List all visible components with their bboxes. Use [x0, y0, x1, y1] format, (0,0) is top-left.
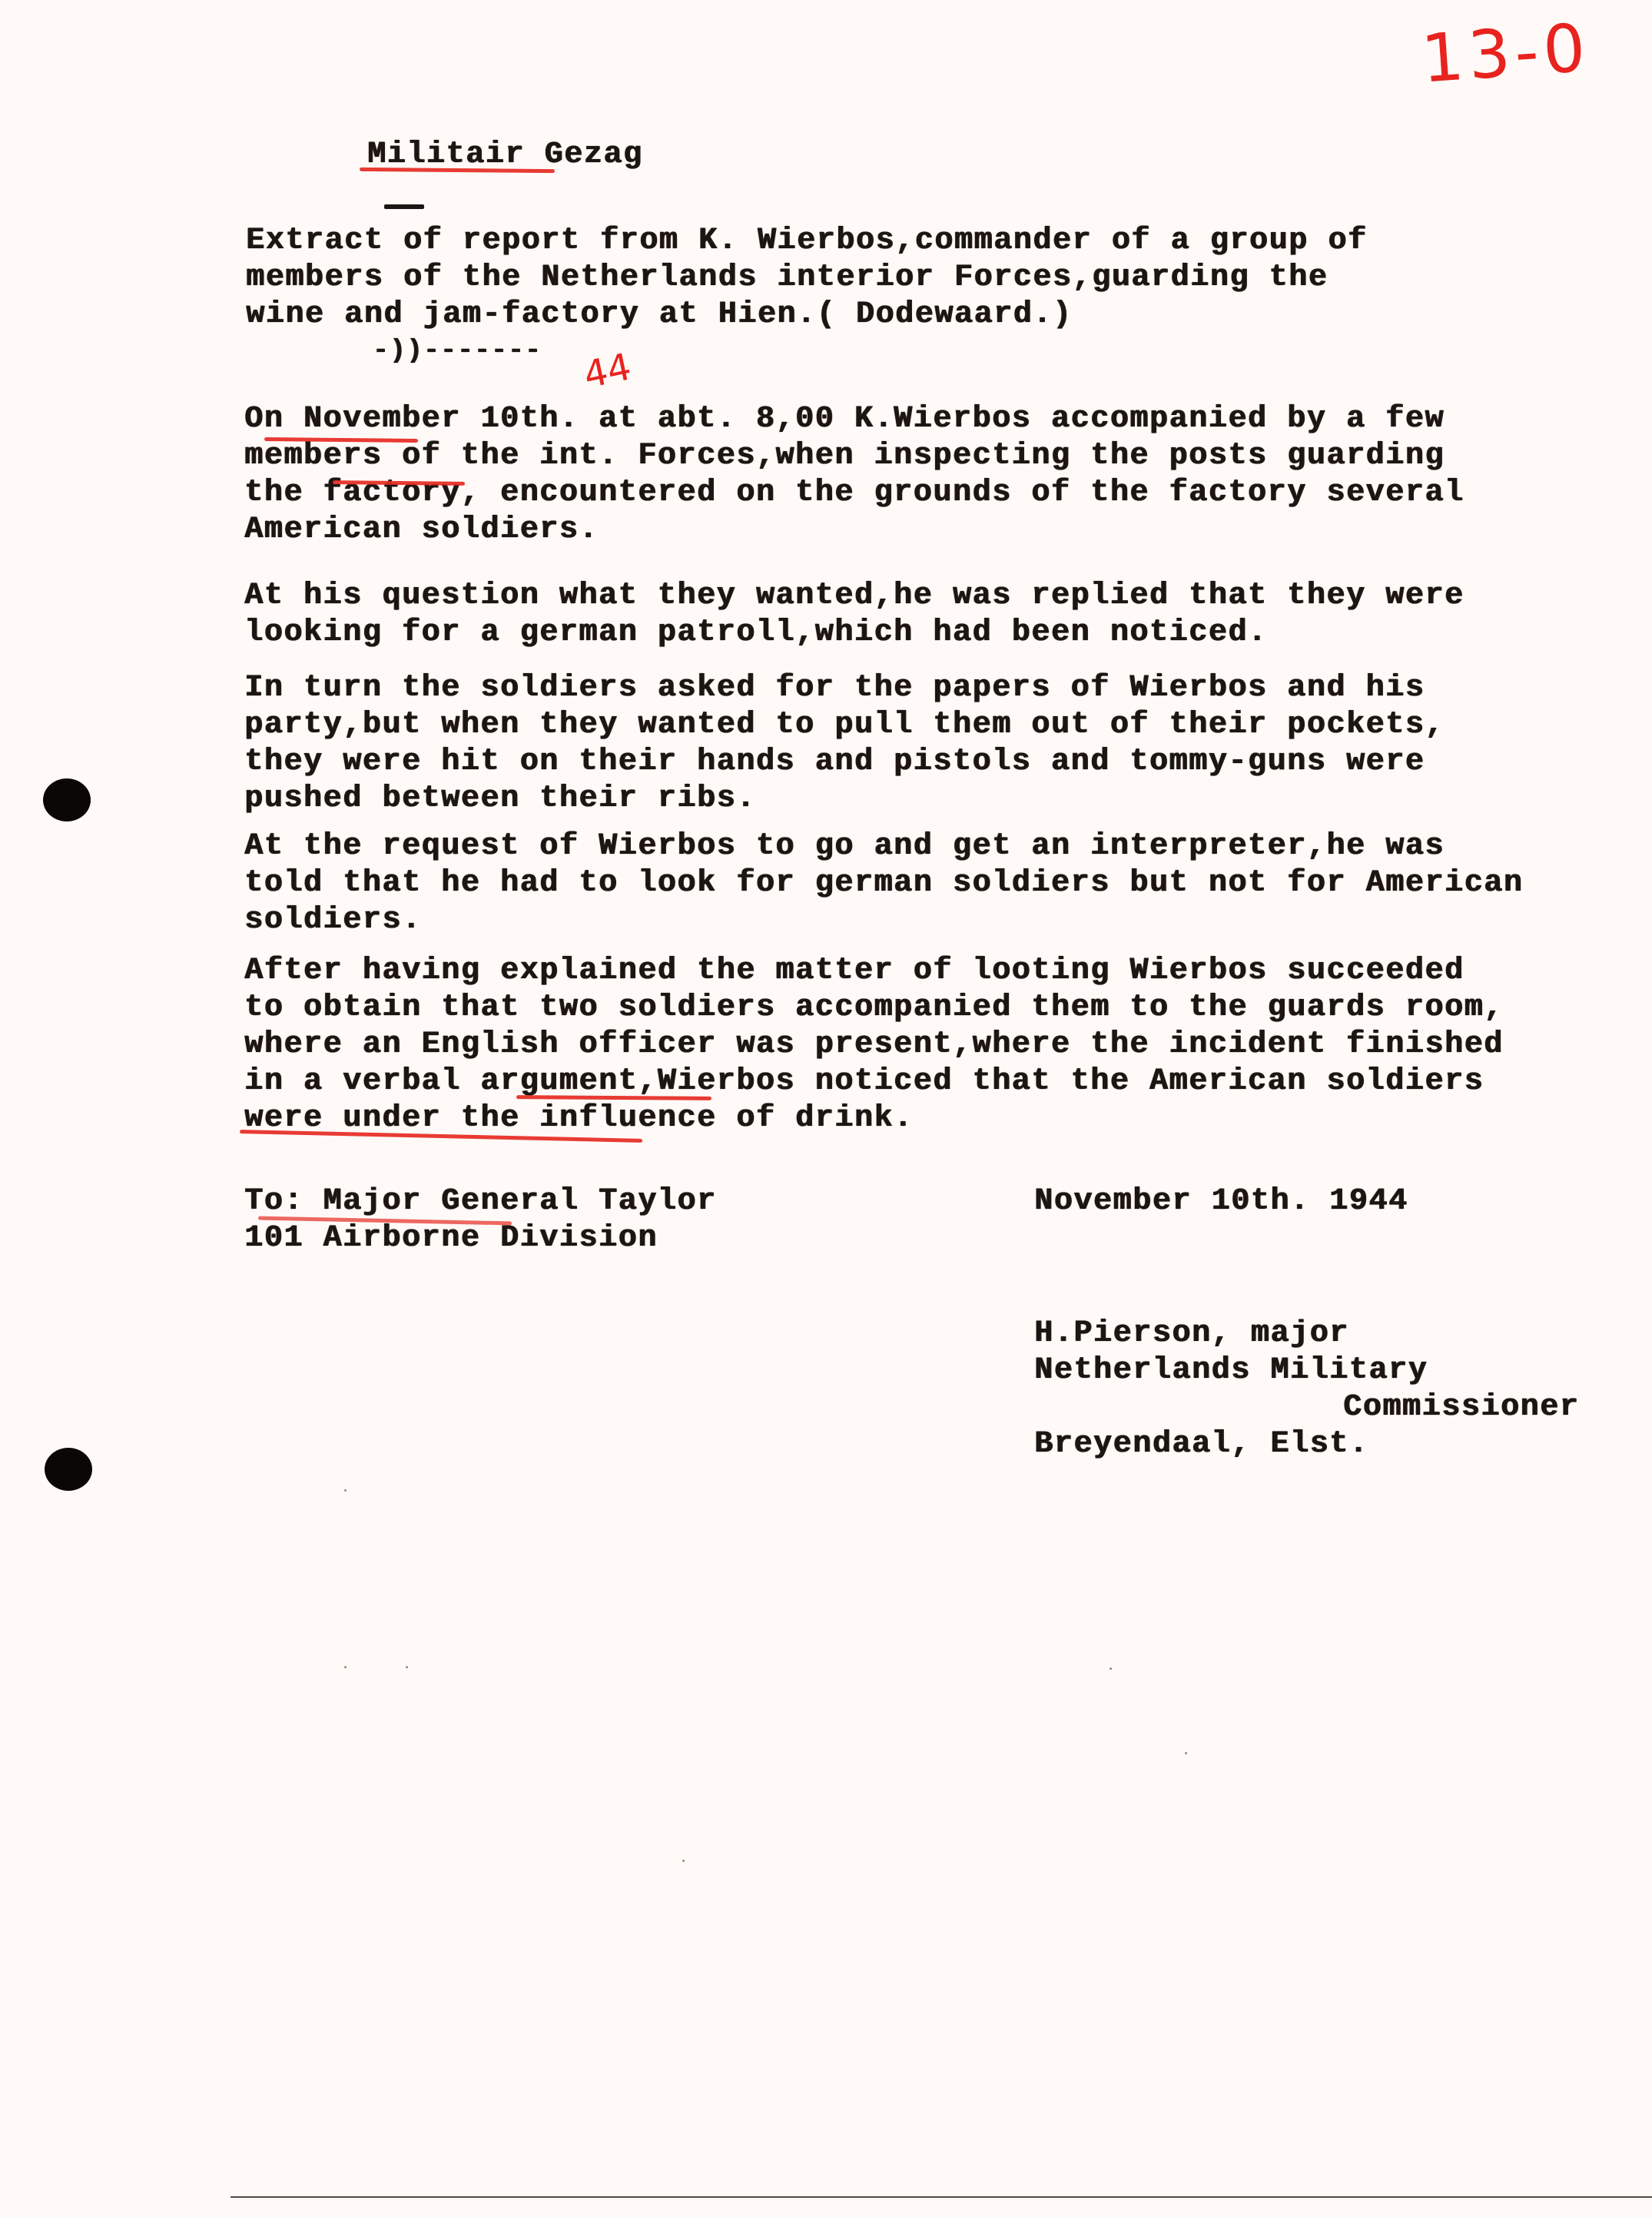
body-line: members of the int. Forces,when inspecti…	[244, 438, 1445, 474]
punch-hole-top	[43, 778, 91, 821]
paper-speck	[1110, 1668, 1112, 1670]
punch-hole-bottom	[45, 1448, 92, 1491]
paper-speck	[406, 1666, 408, 1668]
page-bottom-edge	[231, 2196, 1652, 2198]
signatory-title-line2: Commissioner	[1343, 1389, 1579, 1425]
body-line: were under the influence of drink.	[244, 1100, 914, 1137]
body-line: the factory, encountered on the grounds …	[244, 475, 1464, 511]
year-annotation: 44	[580, 345, 635, 397]
body-line: At his question what they wanted,he was …	[244, 578, 1464, 614]
body-line: In turn the soldiers asked for the paper…	[244, 670, 1425, 706]
paper-speck	[344, 1666, 347, 1668]
body-line: pushed between their ribs.	[244, 781, 756, 817]
intro-line: Extract of report from K. Wierbos,comman…	[246, 223, 1367, 259]
paper-speck	[682, 1860, 685, 1862]
recipient-unit: 101 Airborne Division	[244, 1220, 658, 1256]
signatory-title-line1: Netherlands Military	[1034, 1352, 1428, 1389]
title-separator-rule	[384, 204, 424, 209]
paper-speck	[344, 1489, 347, 1492]
page-number-annotation: 13-0	[1419, 9, 1593, 98]
intro-separator: -))-------	[373, 334, 542, 370]
body-line: soldiers.	[244, 902, 421, 938]
signatory-location: Breyendaal, Elst.	[1034, 1426, 1368, 1462]
body-line: looking for a german patroll,which had b…	[244, 615, 1267, 651]
body-line: told that he had to look for german sold…	[244, 865, 1523, 901]
recipient-line: To: Major General Taylor	[244, 1183, 717, 1220]
body-line: they were hit on their hands and pistols…	[244, 744, 1425, 780]
signatory-name: H.Pierson, major	[1034, 1316, 1349, 1352]
body-line: At the request of Wierbos to go and get …	[244, 828, 1445, 865]
paper-speck	[1185, 1752, 1187, 1754]
body-line: party,but when they wanted to pull them …	[244, 707, 1445, 743]
body-line: American soldiers.	[244, 512, 599, 548]
intro-line: wine and jam-factory at Hien.( Dodewaard…	[246, 297, 1072, 333]
body-line: where an English officer was present,whe…	[244, 1027, 1504, 1063]
body-line: in a verbal argument,Wierbos noticed tha…	[244, 1064, 1484, 1100]
body-line: After having explained the matter of loo…	[244, 953, 1464, 989]
document-date: November 10th. 1944	[1034, 1183, 1408, 1220]
body-line: to obtain that two soldiers accompanied …	[244, 990, 1504, 1026]
intro-line: members of the Netherlands interior Forc…	[246, 260, 1328, 296]
body-line: On November 10th. at abt. 8,00 K.Wierbos…	[244, 401, 1445, 437]
